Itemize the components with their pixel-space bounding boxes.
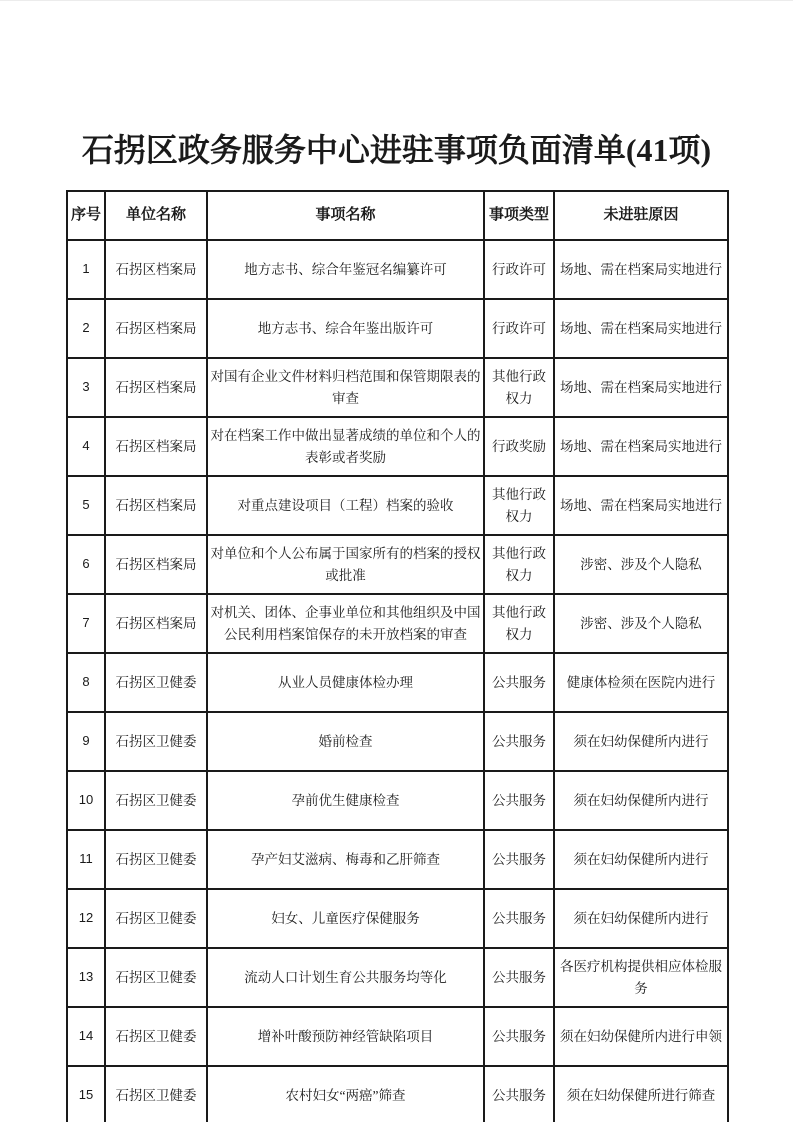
cell-item-name: 从业人员健康体检办理 [207,653,484,712]
cell-unit-name: 石拐区档案局 [105,535,207,594]
cell-reason: 须在妇幼保健所内进行 [554,771,728,830]
column-header-item-type: 事项类型 [484,191,554,240]
table-row: 1石拐区档案局地方志书、综合年鉴冠名编纂许可行政许可场地、需在档案局实地进行 [67,240,728,299]
cell-item-type: 行政奖励 [484,417,554,476]
cell-serial: 13 [67,948,105,1007]
cell-serial: 5 [67,476,105,535]
cell-reason: 健康体检须在医院内进行 [554,653,728,712]
cell-unit-name: 石拐区卫健委 [105,830,207,889]
cell-item-name: 对机关、团体、企事业单位和其他组织及中国公民利用档案馆保存的未开放档案的审查 [207,594,484,653]
cell-serial: 2 [67,299,105,358]
cell-item-name: 妇女、儿童医疗保健服务 [207,889,484,948]
cell-reason: 须在妇幼保健所内进行申领 [554,1007,728,1066]
cell-item-name: 孕前优生健康检查 [207,771,484,830]
cell-reason: 场地、需在档案局实地进行 [554,358,728,417]
cell-reason: 场地、需在档案局实地进行 [554,240,728,299]
negative-list-table: 序号单位名称事项名称事项类型未进驻原因 1石拐区档案局地方志书、综合年鉴冠名编纂… [66,190,729,1122]
column-header-reason: 未进驻原因 [554,191,728,240]
cell-reason: 场地、需在档案局实地进行 [554,417,728,476]
table-row: 7石拐区档案局对机关、团体、企事业单位和其他组织及中国公民利用档案馆保存的未开放… [67,594,728,653]
cell-unit-name: 石拐区档案局 [105,476,207,535]
cell-item-type: 其他行政权力 [484,358,554,417]
table-row: 2石拐区档案局地方志书、综合年鉴出版许可行政许可场地、需在档案局实地进行 [67,299,728,358]
cell-serial: 3 [67,358,105,417]
cell-item-type: 公共服务 [484,1066,554,1122]
cell-item-type: 其他行政权力 [484,476,554,535]
cell-unit-name: 石拐区卫健委 [105,1007,207,1066]
cell-item-name: 地方志书、综合年鉴冠名编纂许可 [207,240,484,299]
cell-serial: 11 [67,830,105,889]
cell-unit-name: 石拐区档案局 [105,417,207,476]
cell-item-name: 对国有企业文件材料归档范围和保管期限表的审查 [207,358,484,417]
table-row: 9石拐区卫健委婚前检查公共服务须在妇幼保健所内进行 [67,712,728,771]
page-title: 石拐区政务服务中心进驻事项负面清单(41项) [0,125,793,171]
cell-serial: 10 [67,771,105,830]
table-row: 15石拐区卫健委农村妇女“两癌”筛查公共服务须在妇幼保健所进行筛查 [67,1066,728,1122]
cell-item-type: 其他行政权力 [484,594,554,653]
cell-item-type: 公共服务 [484,948,554,1007]
table-row: 10石拐区卫健委孕前优生健康检查公共服务须在妇幼保健所内进行 [67,771,728,830]
cell-unit-name: 石拐区卫健委 [105,948,207,1007]
table-row: 3石拐区档案局对国有企业文件材料归档范围和保管期限表的审查其他行政权力场地、需在… [67,358,728,417]
cell-item-type: 其他行政权力 [484,535,554,594]
table-row: 11石拐区卫健委孕产妇艾滋病、梅毒和乙肝筛查公共服务须在妇幼保健所内进行 [67,830,728,889]
cell-item-type: 公共服务 [484,771,554,830]
cell-item-type: 行政许可 [484,240,554,299]
table-row: 8石拐区卫健委从业人员健康体检办理公共服务健康体检须在医院内进行 [67,653,728,712]
cell-item-type: 公共服务 [484,1007,554,1066]
cell-item-type: 公共服务 [484,830,554,889]
cell-item-name: 农村妇女“两癌”筛查 [207,1066,484,1122]
table-row: 4石拐区档案局对在档案工作中做出显著成绩的单位和个人的表彰或者奖励行政奖励场地、… [67,417,728,476]
cell-reason: 场地、需在档案局实地进行 [554,476,728,535]
cell-unit-name: 石拐区档案局 [105,594,207,653]
table-row: 13石拐区卫健委流动人口计划生育公共服务均等化公共服务各医疗机构提供相应体检服务 [67,948,728,1007]
cell-item-type: 行政许可 [484,299,554,358]
cell-serial: 4 [67,417,105,476]
cell-item-name: 增补叶酸预防神经管缺陷项目 [207,1007,484,1066]
column-header-unit-name: 单位名称 [105,191,207,240]
cell-reason: 涉密、涉及个人隐私 [554,594,728,653]
cell-serial: 14 [67,1007,105,1066]
table-header: 序号单位名称事项名称事项类型未进驻原因 [67,191,728,240]
table-body: 1石拐区档案局地方志书、综合年鉴冠名编纂许可行政许可场地、需在档案局实地进行2石… [67,240,728,1122]
cell-unit-name: 石拐区卫健委 [105,653,207,712]
cell-serial: 7 [67,594,105,653]
table-row: 12石拐区卫健委妇女、儿童医疗保健服务公共服务须在妇幼保健所内进行 [67,889,728,948]
cell-item-name: 孕产妇艾滋病、梅毒和乙肝筛查 [207,830,484,889]
cell-serial: 1 [67,240,105,299]
cell-unit-name: 石拐区档案局 [105,299,207,358]
column-header-item-name: 事项名称 [207,191,484,240]
cell-unit-name: 石拐区卫健委 [105,889,207,948]
cell-reason: 涉密、涉及个人隐私 [554,535,728,594]
cell-item-name: 对重点建设项目（工程）档案的验收 [207,476,484,535]
cell-reason: 须在妇幼保健所内进行 [554,889,728,948]
cell-item-name: 对在档案工作中做出显著成绩的单位和个人的表彰或者奖励 [207,417,484,476]
cell-reason: 各医疗机构提供相应体检服务 [554,948,728,1007]
cell-serial: 9 [67,712,105,771]
cell-serial: 12 [67,889,105,948]
table-row: 5石拐区档案局对重点建设项目（工程）档案的验收其他行政权力场地、需在档案局实地进… [67,476,728,535]
cell-item-name: 流动人口计划生育公共服务均等化 [207,948,484,1007]
cell-reason: 场地、需在档案局实地进行 [554,299,728,358]
cell-item-type: 公共服务 [484,653,554,712]
cell-unit-name: 石拐区卫健委 [105,712,207,771]
cell-reason: 须在妇幼保健所内进行 [554,830,728,889]
column-header-serial: 序号 [67,191,105,240]
cell-item-type: 公共服务 [484,889,554,948]
cell-serial: 8 [67,653,105,712]
cell-unit-name: 石拐区卫健委 [105,771,207,830]
document-page: 石拐区政务服务中心进驻事项负面清单(41项) 序号单位名称事项名称事项类型未进驻… [0,0,793,1122]
cell-unit-name: 石拐区档案局 [105,240,207,299]
cell-serial: 6 [67,535,105,594]
cell-item-name: 婚前检查 [207,712,484,771]
cell-item-name: 对单位和个人公布属于国家所有的档案的授权或批准 [207,535,484,594]
cell-serial: 15 [67,1066,105,1122]
cell-unit-name: 石拐区卫健委 [105,1066,207,1122]
table-header-row: 序号单位名称事项名称事项类型未进驻原因 [67,191,728,240]
table-row: 6石拐区档案局对单位和个人公布属于国家所有的档案的授权或批准其他行政权力涉密、涉… [67,535,728,594]
table-row: 14石拐区卫健委增补叶酸预防神经管缺陷项目公共服务须在妇幼保健所内进行申领 [67,1007,728,1066]
cell-reason: 须在妇幼保健所进行筛查 [554,1066,728,1122]
cell-item-type: 公共服务 [484,712,554,771]
cell-item-name: 地方志书、综合年鉴出版许可 [207,299,484,358]
cell-unit-name: 石拐区档案局 [105,358,207,417]
cell-reason: 须在妇幼保健所内进行 [554,712,728,771]
